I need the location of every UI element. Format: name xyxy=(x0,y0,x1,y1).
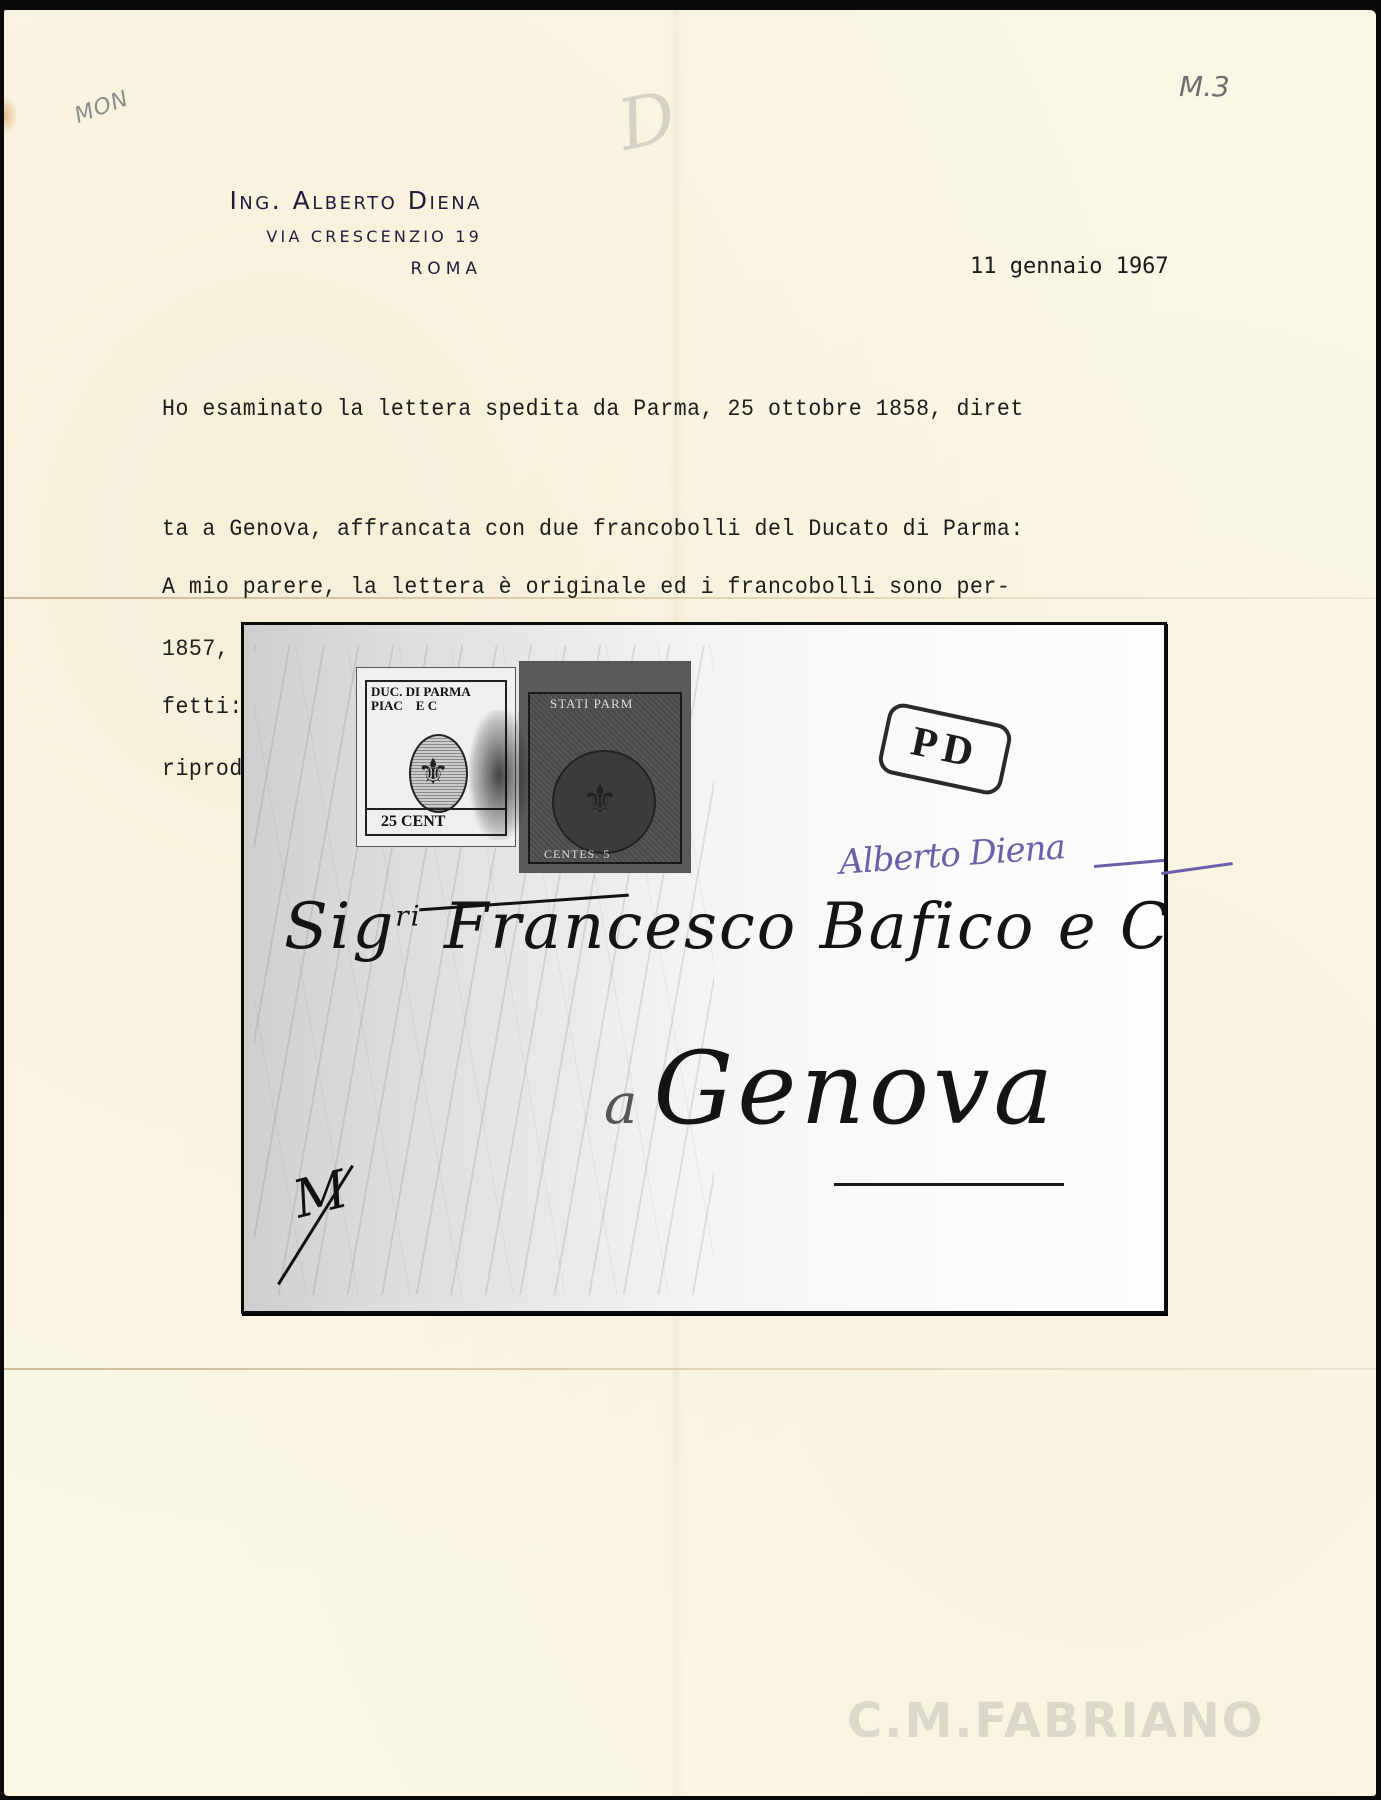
destination-city: Genova xyxy=(653,1030,1057,1147)
pencil-note-top-left: MON xyxy=(71,86,132,129)
stamp-inscription: DUC. DI PARMA PIAC E C xyxy=(371,685,471,713)
pencil-initial: D xyxy=(611,75,683,167)
letterhead-address: VIA CRESCENZIO 19 xyxy=(266,227,482,246)
paper-watermark: C.M.FABRIANO xyxy=(847,1693,1264,1749)
certificate-page: MON D M.3 Ing. Alberto Diena VIA CRESCEN… xyxy=(4,10,1376,1796)
letterhead-name: Ing. Alberto Diena xyxy=(229,186,482,215)
stamp-inscription: STATI PARM xyxy=(550,696,633,712)
fleur-de-lis-icon: ⚜ xyxy=(582,780,618,820)
stamp-shield: ⚜ xyxy=(409,734,468,813)
letter-date: 11 gennaio 1967 xyxy=(970,254,1169,279)
stamp-5-centesimi: STATI PARM ⚜ CENTES. 5 xyxy=(519,661,691,873)
fold-line xyxy=(4,1368,1376,1370)
paragraph-line: Ho esaminato la lettera spedita da Parma… xyxy=(162,390,1183,430)
fleur-de-lis-icon: ⚜ xyxy=(417,752,449,792)
destination-underline xyxy=(834,1183,1064,1186)
pencil-note-top-right: M.3 xyxy=(1179,70,1230,103)
addressee: Sigri Francesco Bafico e C. xyxy=(284,890,1167,964)
cover-photograph: DUC. DI PARMA PIAC E C ⚜ 25 CENT STATI P… xyxy=(241,622,1167,1314)
stamp-medallion: ⚜ xyxy=(552,750,656,854)
pd-postmark: PD xyxy=(876,701,1014,798)
paper-stain xyxy=(4,95,18,135)
stamp-value: CENTES. 5 xyxy=(544,847,610,862)
destination: aGenova xyxy=(604,1030,1057,1147)
signature-stroke xyxy=(1094,848,1167,868)
cancellation-mark xyxy=(469,710,529,840)
letterhead-city: ROMA xyxy=(411,259,483,279)
expert-signature: Alberto Diena xyxy=(838,827,1066,883)
paragraph-line: A mio parere, la lettera è originale ed … xyxy=(162,568,1183,608)
